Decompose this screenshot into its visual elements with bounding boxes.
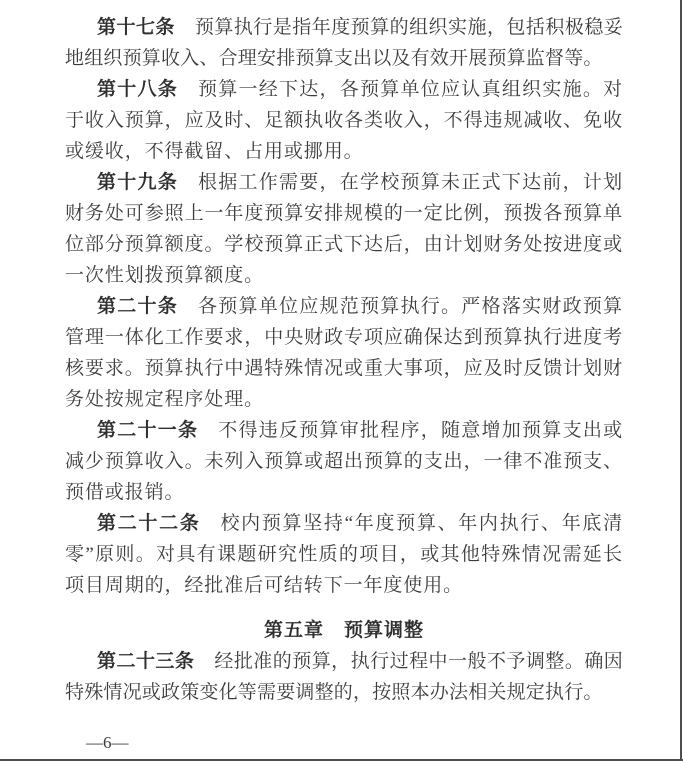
article-paragraph: 第十九条根据工作需要，在学校预算未正式下达前，计划财务处可参照上一年度预算安排规… xyxy=(65,167,623,291)
article-number: 第二十二条 xyxy=(97,513,200,534)
article-number: 第二十三条 xyxy=(97,651,194,672)
article-number: 第二十条 xyxy=(97,296,178,317)
page-edge-right-line xyxy=(680,0,682,761)
article-paragraph: 第二十一条不得违反预算审批程序，随意增加预算支出或减少预算收入。未列入预算或超出… xyxy=(65,415,623,508)
document-page: { "document": { "articles": [ { "label":… xyxy=(0,0,683,761)
article-paragraph: 第二十二条校内预算坚持“年度预算、年内执行、年底清零”原则。对具有课题研究性质的… xyxy=(65,508,623,601)
article-number: 第十七条 xyxy=(97,17,175,38)
page-number: —6— xyxy=(86,733,129,753)
article-paragraph: 第十八条预算一经下达，各预算单位应认真组织实施。对于收入预算，应及时、足额执收各… xyxy=(65,74,623,167)
article-number: 第二十一条 xyxy=(97,420,198,441)
document-body: 第十七条预算执行是指年度预算的组织实施，包括积极稳妥地组织预算收入、合理安排预算… xyxy=(65,12,623,708)
article-number: 第十八条 xyxy=(97,79,178,100)
article-paragraph: 第十七条预算执行是指年度预算的组织实施，包括积极稳妥地组织预算收入、合理安排预算… xyxy=(65,12,623,74)
chapter-heading: 第五章 预算调整 xyxy=(65,615,623,646)
article-paragraph: 第二十条各预算单位应规范预算执行。严格落实财政预算管理一体化工作要求，中央财政专… xyxy=(65,291,623,415)
article-paragraph: 第二十三条经批准的预算，执行过程中一般不予调整。确因特殊情况或政策变化等需要调整… xyxy=(65,646,623,708)
article-number: 第十九条 xyxy=(97,172,178,193)
